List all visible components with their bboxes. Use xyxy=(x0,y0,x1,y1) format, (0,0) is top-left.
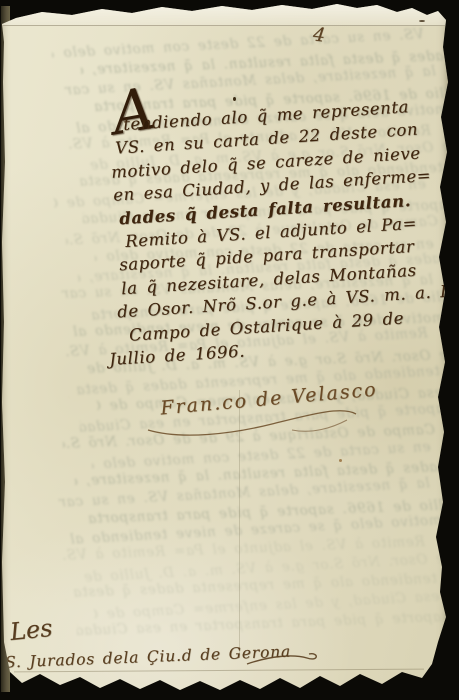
manuscript-scan: VS. en su carta de 22 deste con motivo d… xyxy=(0,0,459,700)
address-flourish-icon xyxy=(245,646,325,672)
ink-speck xyxy=(233,97,236,101)
letter-body: A tendiendo alo q̃ me representaVS. en s… xyxy=(110,114,458,371)
ink-speck xyxy=(419,20,425,22)
signature-flourish-icon xyxy=(142,400,362,440)
manuscript-page: VS. en su carta de 22 deste con motivo d… xyxy=(2,2,450,696)
address-salutation: Les xyxy=(9,614,54,646)
ink-speck xyxy=(339,459,342,462)
